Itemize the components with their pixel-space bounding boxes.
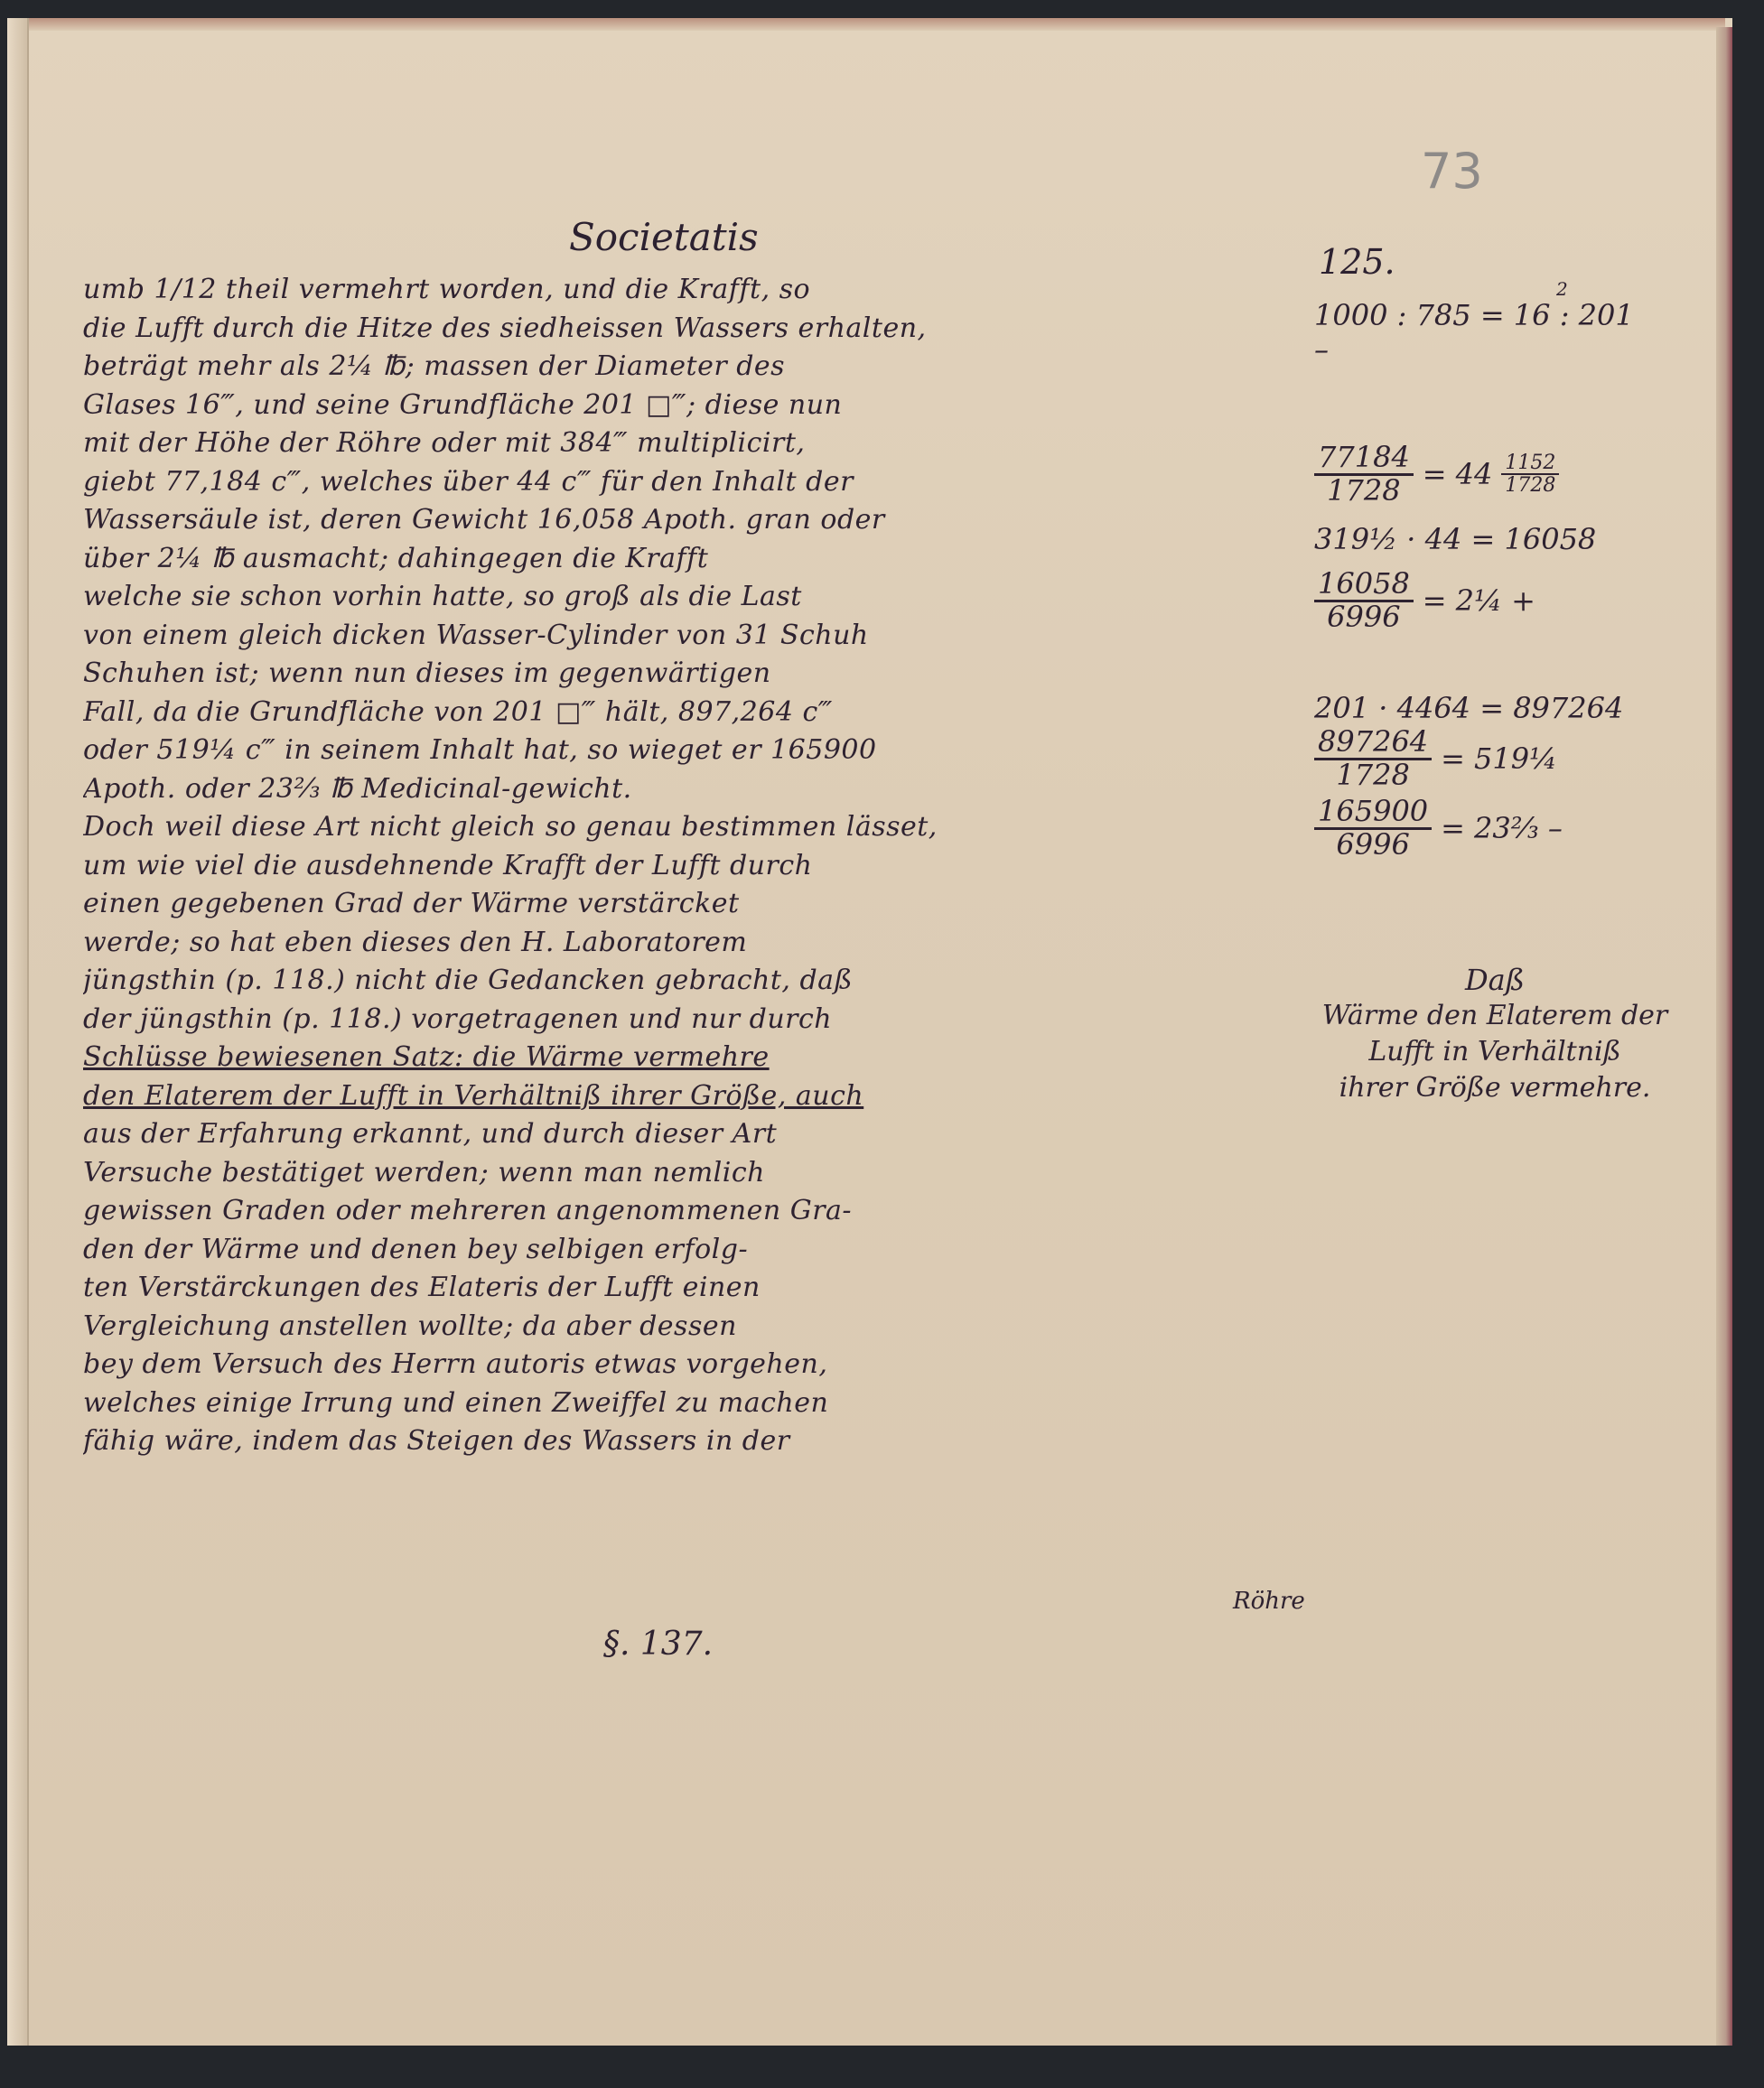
manuscript-line: Glases 16‴, und seine Grundfläche 201 □‴… [83, 387, 1293, 425]
margin-calc-1: 1000 : 785 = 16 : 201 – 2 [1314, 298, 1639, 379]
margin-note: Daß Wärme den Elaterem der Lufft in Verh… [1314, 962, 1675, 1106]
page-top-edge [27, 18, 1725, 31]
page-edge [1716, 27, 1732, 2046]
margin-calc-3: 319½ · 44 = 16058 [1314, 522, 1639, 569]
manuscript-line: bey dem Versuch des Herrn autoris etwas … [83, 1346, 1293, 1384]
calc-proportion: 1000 : 785 = 16 : 201 – [1314, 298, 1639, 367]
margin-note-line: Lufft in Verhältniß [1314, 1034, 1675, 1070]
section-number: 125. [1319, 242, 1395, 282]
manuscript-line: den Elaterem der Lufft in Verhältniß ihr… [83, 1077, 1293, 1116]
manuscript-line: Wassersäule ist, deren Gewicht 16,058 Ap… [83, 501, 1293, 540]
manuscript-line: Doch weil diese Art nicht gleich so gena… [83, 808, 1293, 847]
manuscript-line: oder 519¼ c‴ in seinem Inhalt hat, so wi… [83, 732, 1293, 770]
margin-note-line: Wärme den Elaterem der [1314, 998, 1675, 1034]
manuscript-line: Versuche bestätiget werden; wenn man nem… [83, 1154, 1293, 1193]
catchword: Röhre [1233, 1588, 1305, 1615]
manuscript-line: umb 1/12 theil vermehrt worden, und die … [83, 271, 1293, 310]
footer-section-number: §. 137. [603, 1626, 713, 1663]
manuscript-line: ten Verstärckungen des Elateris der Luff… [83, 1269, 1293, 1308]
manuscript-line: Fall, da die Grundfläche von 201 □‴ hält… [83, 694, 1293, 732]
manuscript-line: giebt 77,184 c‴, welches über 44 c‴ für … [83, 463, 1293, 502]
manuscript-line: Schuhen ist; wenn nun dieses im gegenwär… [83, 655, 1293, 694]
header-word: Societatis [569, 215, 759, 259]
margin-note-line: ihrer Größe vermehre. [1314, 1070, 1675, 1106]
manuscript-line: einen gegebenen Grad der Wärme verstärck… [83, 885, 1293, 924]
calc-superscript: 2 [1556, 278, 1568, 300]
margin-calc-7: 165900 6996 = 23⅔ – [1314, 797, 1639, 872]
margin-calc-2: 77184 1728 = 44 1152 1728 [1314, 443, 1639, 518]
folio-number: 73 [1421, 143, 1483, 200]
body-text: umb 1/12 theil vermehrt worden, und die … [83, 271, 1293, 1461]
manuscript-line: den der Wärme und denen bey selbigen erf… [83, 1231, 1293, 1270]
manuscript-line: welches einige Irrung und einen Zweiffel… [83, 1384, 1293, 1423]
manuscript-line: über 2¼ ℔ ausmacht; dahingegen die Kraff… [83, 540, 1293, 579]
fraction: 77184 1728 [1314, 443, 1414, 506]
manuscript-line: die Lufft durch die Hitze des siedheisse… [83, 310, 1293, 349]
margin-calc-6: 897264 1728 = 519¼ [1314, 727, 1639, 803]
margin-calc-4: 16058 6996 = 2¼ + [1314, 569, 1639, 645]
fraction: 165900 6996 [1314, 797, 1432, 860]
fraction: 897264 1728 [1314, 727, 1432, 790]
manuscript-line: gewissen Graden oder mehreren angenommen… [83, 1192, 1293, 1231]
margin-note-first-word: Daß [1314, 962, 1675, 998]
manuscript-line: beträgt mehr als 2¼ ℔; massen der Diamet… [83, 348, 1293, 387]
fraction: 16058 6996 [1314, 569, 1414, 632]
manuscript-line: aus der Erfahrung erkannt, und durch die… [83, 1115, 1293, 1154]
manuscript-line: der jüngsthin (p. 118.) vorgetragenen un… [83, 1001, 1293, 1039]
manuscript-line: Vergleichung anstellen wollte; da aber d… [83, 1308, 1293, 1347]
manuscript-line: Apoth. oder 23⅔ ℔ Medicinal-gewicht. [83, 770, 1293, 809]
manuscript-line: jüngsthin (p. 118.) nicht die Gedancken … [83, 962, 1293, 1001]
manuscript-line: Schlüsse bewiesenen Satz: die Wärme verm… [83, 1039, 1293, 1077]
manuscript-line: um wie viel die ausdehnende Krafft der L… [83, 847, 1293, 886]
manuscript-line: fähig wäre, indem das Steigen des Wasser… [83, 1422, 1293, 1461]
manuscript-line: welche sie schon vorhin hatte, so groß a… [83, 578, 1293, 617]
fraction-small: 1152 1728 [1501, 452, 1559, 496]
manuscript-line: werde; so hat eben dieses den H. Laborat… [83, 924, 1293, 963]
page-gutter [7, 18, 29, 2046]
manuscript-line: von einem gleich dicken Wasser-Cylinder … [83, 617, 1293, 656]
manuscript-line: mit der Höhe der Röhre oder mit 384‴ mul… [83, 424, 1293, 463]
